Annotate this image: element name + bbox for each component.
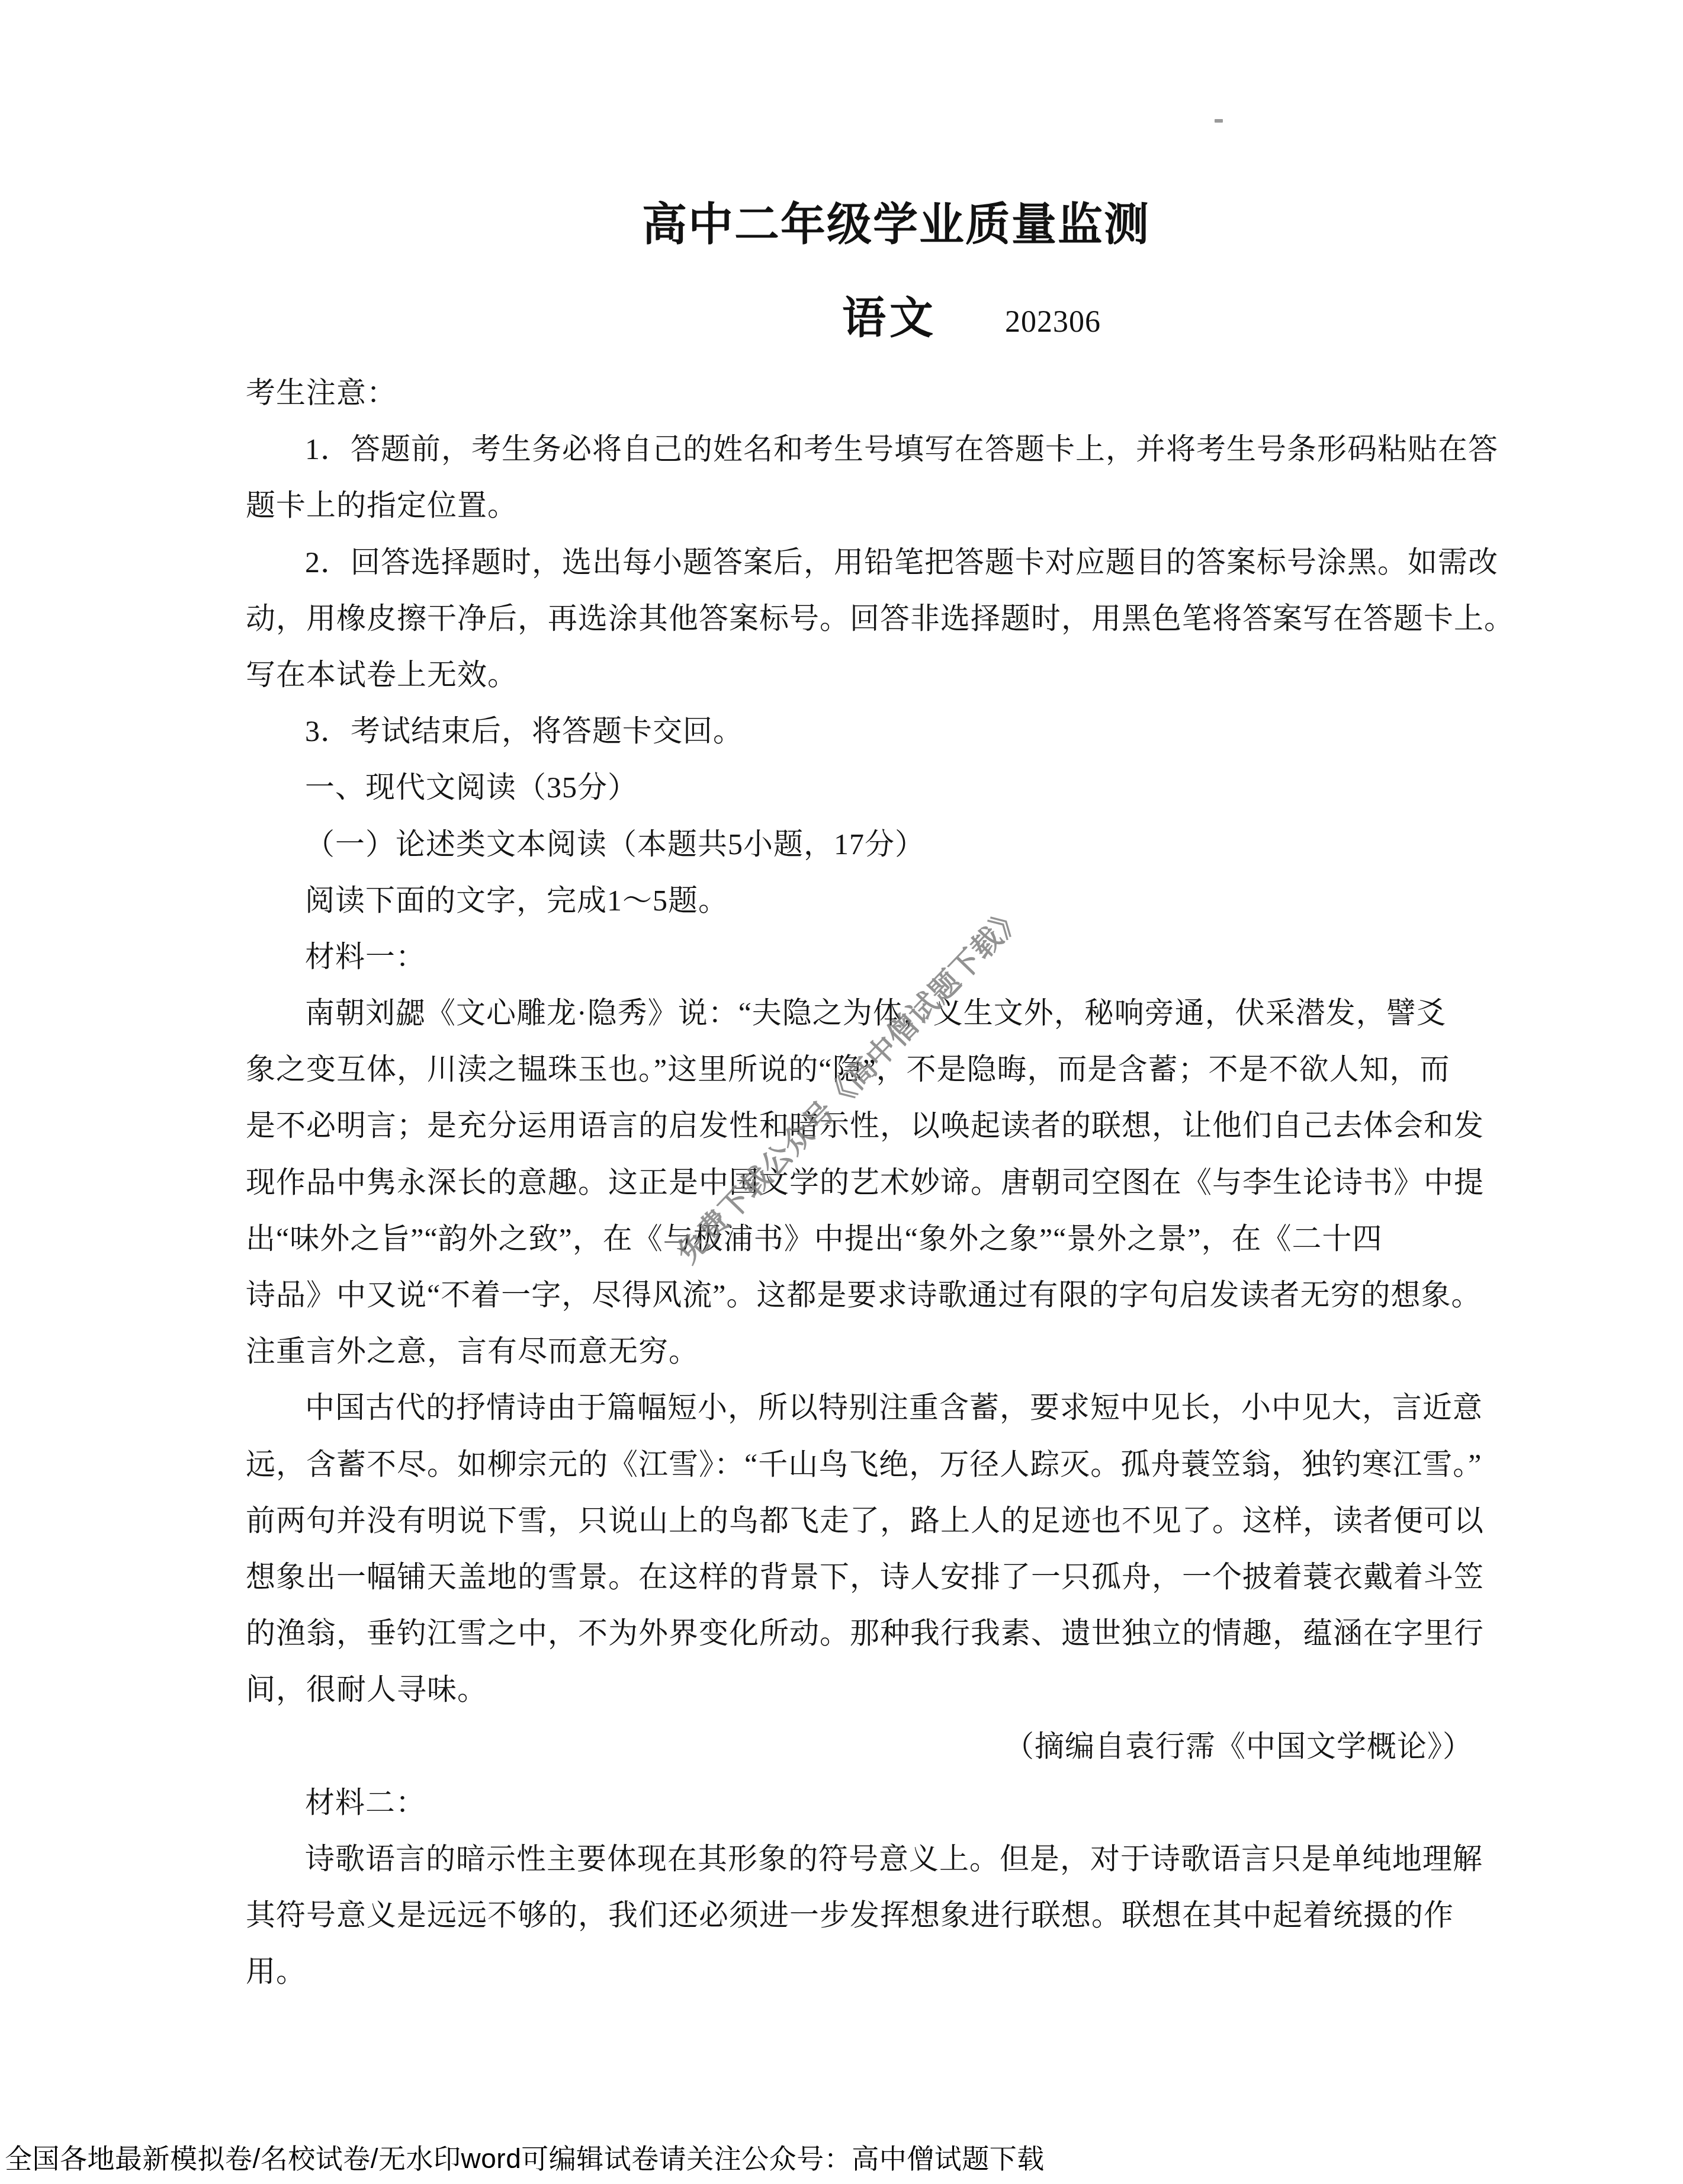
text-line: 动，用橡皮擦干净后，再选涂其他答案标号。回答非选择题时，用黑色笔将答案写在答题卡… [246, 591, 1489, 647]
text-line: 阅读下面的文字，完成1～5题。 [246, 873, 1489, 929]
text-line: 前两句并没有明说下雪，只说山上的鸟都飞走了，路上人的足迹也不见了。这样，读者便可… [246, 1493, 1489, 1549]
text-line: 材料一： [246, 929, 1489, 985]
subject-name: 语文 [842, 291, 937, 346]
text-line: 注重言外之意，言有尽而意无穷。 [246, 1323, 1489, 1380]
text-line: 材料二： [246, 1775, 1489, 1831]
text-line: 诗歌语言的暗示性主要体现在其形象的符号意义上。但是，对于诗歌语言只是单纯地理解 [246, 1831, 1489, 1887]
text-line: 2．回答选择题时，选出每小题答案后，用铅笔把答题卡对应题目的答案标号涂黑。如需改 [246, 534, 1489, 591]
text-line: （摘编自袁行霈《中国文学概论》） [246, 1718, 1489, 1775]
text-line: 间，很耐人寻味。 [246, 1662, 1489, 1718]
text-line: 其符号意义是远远不够的，我们还必须进一步发挥想象进行联想。联想在其中起着统摄的作 [246, 1887, 1489, 1944]
page-title: 高中二年级学业质量监测 [289, 198, 1503, 252]
document-body: 考生注意：1．答题前，考生务必将自己的姓名和考生号填写在答题卡上，并将考生号条形… [246, 365, 1489, 2000]
text-line: 中国古代的抒情诗由于篇幅短小，所以特别注重含蓄，要求短中见长，小中见大，言近意 [246, 1380, 1489, 1436]
exam-paper-page: 高中二年级学业质量监测 语文 202306 考生注意：1．答题前，考生务必将自己… [0, 0, 1683, 2184]
scan-artifact-mark [1215, 119, 1223, 123]
text-line: 题卡上的指定位置。 [246, 477, 1489, 534]
text-line: 的渔翁，垂钓江雪之中，不为外界变化所动。那种我行我素、遗世独立的情趣，蕴涵在字里… [246, 1605, 1489, 1662]
subject-line: 语文 202306 [246, 291, 1460, 346]
footer-promo-text: 全国各地最新模拟卷/名校试卷/无水印word可编辑试卷请关注公众号：高中僧试题下… [5, 2140, 1045, 2177]
text-line: 写在本试卷上无效。 [246, 647, 1489, 703]
text-line: 考生注意： [246, 365, 1489, 421]
text-line: 想象出一幅铺天盖地的雪景。在这样的背景下，诗人安排了一只孤舟，一个披着蓑衣戴着斗… [246, 1549, 1489, 1605]
text-line: 诗品》中又说“不着一字，尽得风流”。这都是要求诗歌通过有限的字句启发读者无穷的想… [246, 1267, 1489, 1323]
text-line: 3．考试结束后，将答题卡交回。 [246, 703, 1489, 759]
text-line: 现作品中隽永深长的意趣。这正是中国文学的艺术妙谛。唐朝司空图在《与李生论诗书》中… [246, 1154, 1489, 1211]
text-line: 出“味外之旨”“韵外之致”，在《与极浦书》中提出“象外之象”“景外之景”，在《二… [246, 1211, 1489, 1267]
exam-code: 202306 [1005, 291, 1101, 346]
text-line: 一、现代文阅读（35分） [246, 759, 1489, 816]
text-line: （一）论述类文本阅读（本题共5小题，17分） [246, 816, 1489, 873]
text-line: 远，含蓄不尽。如柳宗元的《江雪》：“千山鸟飞绝，万径人踪灭。孤舟蓑笠翁，独钓寒江… [246, 1436, 1489, 1493]
text-line: 1．答题前，考生务必将自己的姓名和考生号填写在答题卡上，并将考生号条形码粘贴在答 [246, 421, 1489, 477]
text-line: 用。 [246, 1944, 1489, 2000]
text-line: 是不必明言；是充分运用语言的启发性和暗示性，以唤起读者的联想，让他们自己去体会和… [246, 1098, 1489, 1154]
